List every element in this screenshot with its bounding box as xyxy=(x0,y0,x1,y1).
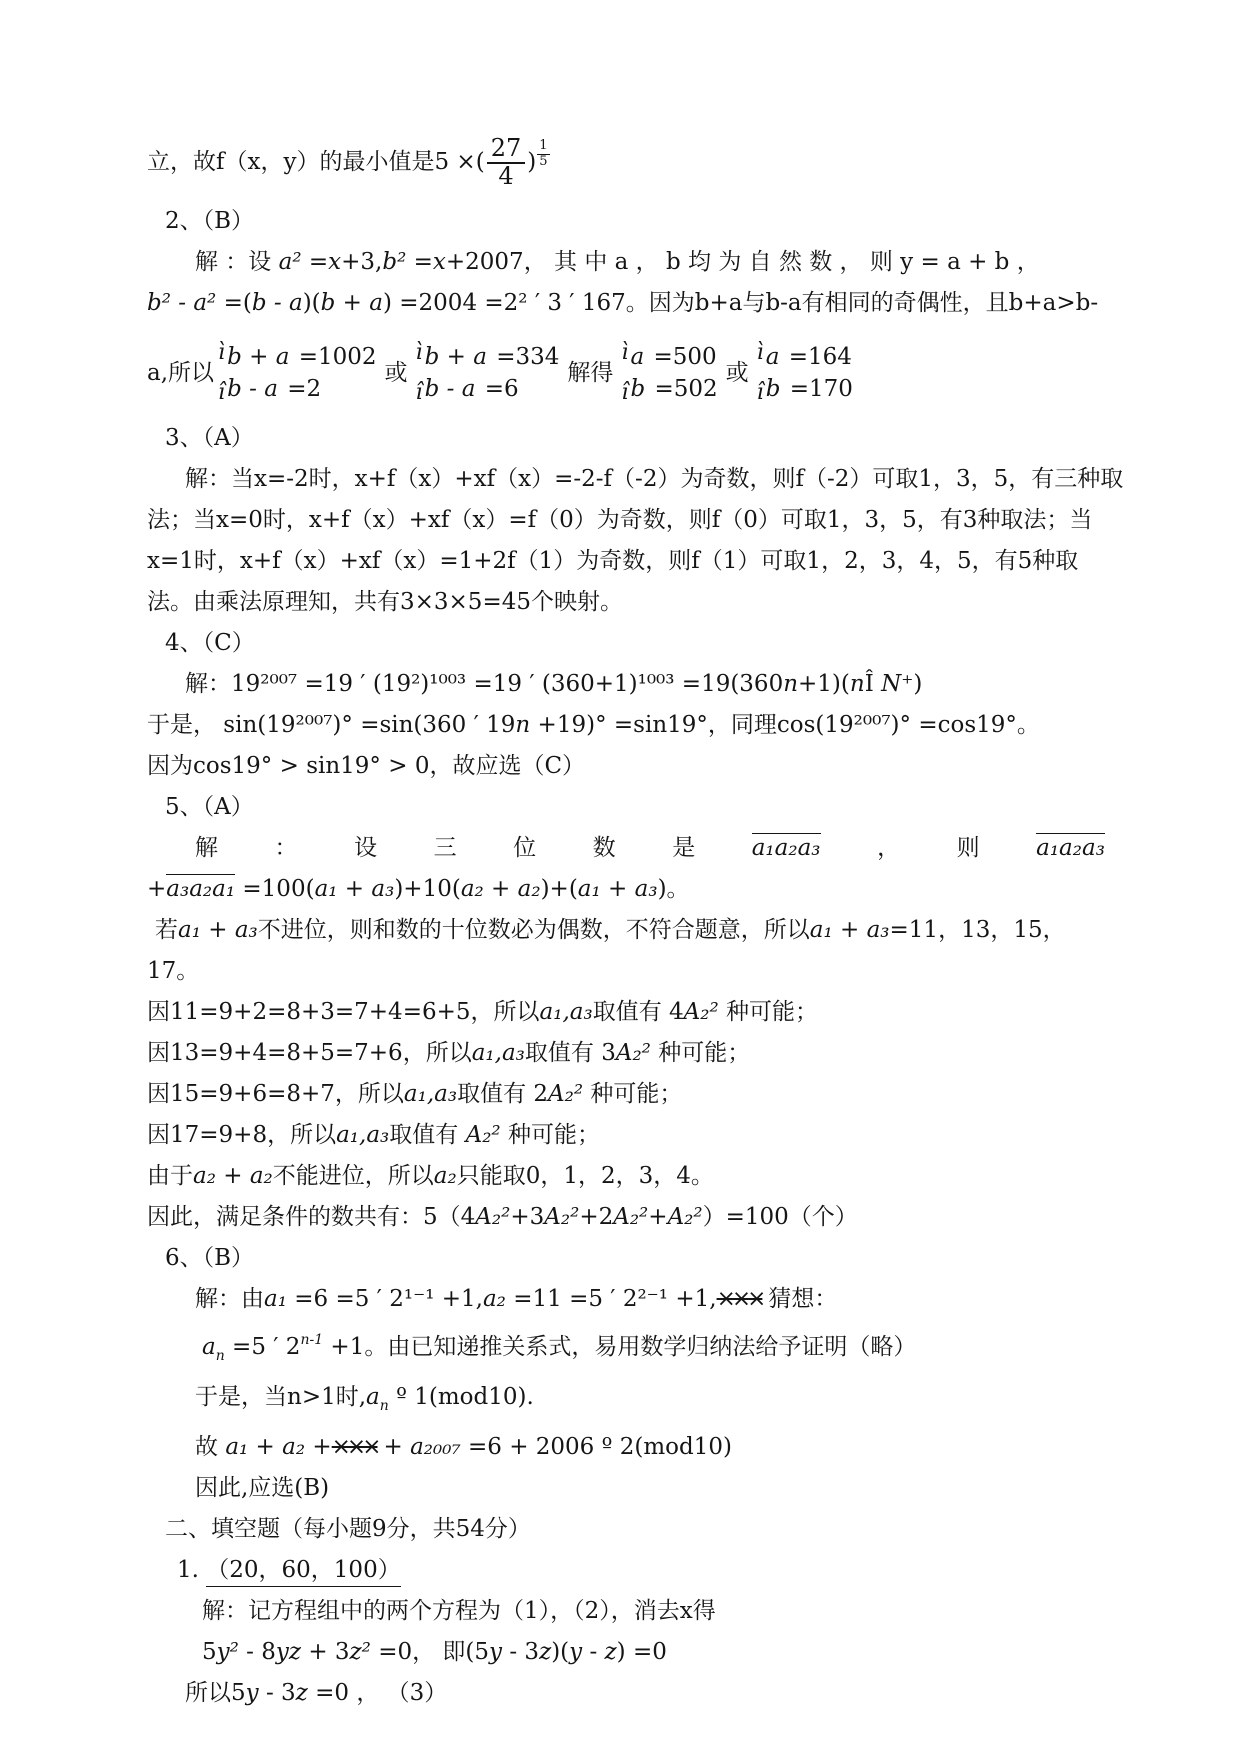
text-span: 5 ×( xyxy=(434,149,484,175)
section-2-heading: 二、填空题（每小题9分，共54分） xyxy=(147,1514,1105,1544)
text-span: x xyxy=(433,249,446,275)
system-row: b =170 xyxy=(766,376,853,402)
text-span: a₂₀₀₇ xyxy=(410,1434,461,1460)
brace-icon: ìî xyxy=(416,344,423,402)
text-span: A₂² xyxy=(616,1040,651,1066)
document-page: 立，故f（x，y）的最小值是5 ×(274)152、（B）解 ：设 a² =x+… xyxy=(0,0,1241,1754)
text-span: b² - a² xyxy=(147,290,216,316)
text-span: A₂² xyxy=(548,1081,583,1107)
equation-system: ìîa =500b =502 xyxy=(621,344,717,402)
text-span: n xyxy=(850,671,865,697)
text-span: 因此，满足条件的数共有：5（4 xyxy=(147,1204,475,1230)
text-span: n xyxy=(515,712,530,738)
text-span: ) =0 xyxy=(617,1639,667,1665)
text-span: 立，故f（x，y）的最小值是 xyxy=(147,149,434,175)
solution-3-line-3: x=1时，x+f（x）+xf（x）=1+2f（1）为奇数，则f（1）可取1，2，… xyxy=(147,546,1105,576)
text-span: y xyxy=(246,1680,259,1706)
answer-2: 2、（B） xyxy=(147,206,1105,236)
text-span: 取值有 2 xyxy=(457,1081,548,1107)
text-span: ) xyxy=(527,149,536,175)
solution-5-line-2: +a₃a₂a₁ =100(a₁ + a₃)+10(a₂ + a₂)+(a₁ + … xyxy=(147,874,1105,904)
solution-5-line-6: 因13=9+4=8+5=7+6，所以a₁,a₃取值有 3A₂² 种可能； xyxy=(147,1038,1105,1068)
text-span: = xyxy=(302,249,329,275)
text-span: ì xyxy=(757,344,764,362)
text-span: ××× xyxy=(717,1286,763,1312)
text-span: =500 xyxy=(653,344,716,370)
text-span: + xyxy=(147,876,166,902)
text-span: +2007 xyxy=(446,249,524,275)
text-span: +1)( xyxy=(798,671,850,697)
connector-text: 解得 xyxy=(567,358,613,388)
solution-2-line-2: b² - a² =(b - a)(b + a) =2004 =2² ′ 3 ′ … xyxy=(147,288,1105,318)
text-span: a₁,a₃ xyxy=(540,999,593,1025)
text-span: 种可能； xyxy=(651,1040,750,1066)
brace-icon: ìî xyxy=(218,344,225,402)
text-span: 取值有 4 xyxy=(593,999,684,1025)
text-span: 种可能； xyxy=(719,999,818,1025)
text-span: ì xyxy=(218,344,225,362)
answer-4: 4、（C） xyxy=(147,628,1105,658)
text-span: 5 xyxy=(202,1639,217,1665)
text-span: =170 xyxy=(790,376,853,402)
text-span: y xyxy=(489,1639,502,1665)
text-span: +1。由已知递推关系式，易用数学归纳法给予证明（略） xyxy=(323,1334,916,1360)
text-span: 种可能； xyxy=(501,1122,600,1148)
text-span: )( xyxy=(551,1639,569,1665)
system-rows: a =164b =170 xyxy=(766,344,853,402)
text-span: =6 =5 ′ 2¹⁻¹ +1, xyxy=(287,1286,483,1312)
text-span: =502 xyxy=(654,376,717,402)
text-span: a₁ + a₂ + xyxy=(225,1434,331,1460)
text-span: 不进位，则和数的十位数必为偶数，不符合题意，所以 xyxy=(258,917,810,943)
text-span: 解 ：设 xyxy=(195,249,279,275)
solution-3-line-1: 解：当x=-2时，x+f（x）+xf（x）=-2-f（-2）为奇数，则f（-2）… xyxy=(147,464,1105,494)
text-span: 因15=9+6=8+7，所以 xyxy=(147,1081,404,1107)
text-span: a,所以 xyxy=(147,358,214,388)
text-span: A₂² xyxy=(613,1204,648,1230)
text-span: =100( xyxy=(235,876,314,902)
text-span: ： xyxy=(275,833,298,863)
equation-system: ìîb + a =334b - a =6 xyxy=(416,344,560,402)
text-span: z xyxy=(296,1680,308,1706)
text-span: 不能进位，所以 xyxy=(273,1163,434,1189)
solution-6-line-5: 因此,应选(B) xyxy=(147,1473,1105,1503)
system-row: a =164 xyxy=(766,344,853,370)
text-span: 法；当x=0时，x+f（x）+xf（x）=f（0）为奇数，则f（0）可取1，3，… xyxy=(147,507,1092,533)
text-span: 2、（B） xyxy=(165,208,254,234)
text-span: A₂² xyxy=(684,999,719,1025)
text-span: =0 ， （3） xyxy=(308,1680,447,1706)
text-span: 三 xyxy=(434,833,457,863)
text-span: x xyxy=(328,249,341,275)
text-span: a xyxy=(630,344,651,370)
text-span: +2 xyxy=(579,1204,613,1230)
fraction-numerator: 27 xyxy=(487,136,526,164)
text-span: 由于 xyxy=(147,1163,193,1189)
text-span: b + a xyxy=(227,344,297,370)
text-span: 猜想： xyxy=(768,1286,837,1312)
text-span: =6 xyxy=(485,376,519,402)
text-span: =1002 xyxy=(299,344,377,370)
connector-text: 或 xyxy=(726,358,749,388)
fill-in-1-solution-1: 解：记方程组中的两个方程为（1），（2），消去x得 xyxy=(147,1596,1105,1626)
brace-icon: ìî xyxy=(621,344,628,402)
text-span: - 3 xyxy=(259,1680,296,1706)
solution-5-line-5: 因11=9+2=8+3=7+4=6+5，所以a₁,a₃取值有 4A₂² 种可能； xyxy=(147,997,1105,1027)
fraction-denominator: 5 xyxy=(537,155,549,170)
text-span: =( xyxy=(216,290,252,316)
text-span: +3, xyxy=(341,249,382,275)
text-span: a₂ xyxy=(434,1163,457,1189)
text-span: - xyxy=(582,1639,604,1665)
text-span: n xyxy=(783,671,798,697)
text-span: b - a xyxy=(227,376,285,402)
text-span: 取值有 3 xyxy=(525,1040,616,1066)
text-span: a₁ xyxy=(264,1286,287,1312)
system-row: b + a =1002 xyxy=(227,344,376,370)
text-span: 取值有 xyxy=(389,1122,465,1148)
text-span: a₂ xyxy=(483,1286,506,1312)
fraction: 15 xyxy=(537,139,549,170)
text-span: 17。 xyxy=(147,958,199,984)
text-span: A₂² xyxy=(475,1204,510,1230)
solution-3-line-2: 法；当x=0时，x+f（x）+xf（x）=f（0）为奇数，则f（0）可取1，3，… xyxy=(147,505,1105,535)
text-span: b + a xyxy=(321,290,383,316)
fraction-denominator: 4 xyxy=(496,164,515,190)
text-span: A₂² xyxy=(544,1204,579,1230)
text-span: ) =2004 =2² ′ 3 ′ 167。因为b+a与b-a有相同的奇偶性，且… xyxy=(383,290,1098,316)
text-span: 解：记方程组中的两个方程为（1），（2），消去x得 xyxy=(202,1598,716,1624)
system-row: b =502 xyxy=(630,376,717,402)
text-span: =2 xyxy=(287,376,321,402)
text-span: + 3 xyxy=(301,1639,350,1665)
text-span: 6、（B） xyxy=(165,1245,254,1271)
text-span: º 1(mod10). xyxy=(389,1384,534,1410)
text-span: 因13=9+4=8+5=7+6，所以 xyxy=(147,1040,472,1066)
text-span: =11 =5 ′ 2²⁻¹ +1, xyxy=(506,1286,717,1312)
text-span: - 3 xyxy=(502,1639,539,1665)
text-span: y² xyxy=(217,1639,239,1665)
text-span: z xyxy=(539,1639,551,1665)
text-span: 19²⁰⁰⁷ =19 ′ (19²)¹⁰⁰³ =19 ′ (360+1)¹⁰⁰³… xyxy=(231,671,783,697)
system-row: b - a =2 xyxy=(227,376,376,402)
solution-3-line-4: 法。由乘法原理知，共有3×3×5=45个映射。 xyxy=(147,587,1105,617)
text-span: + xyxy=(383,1434,410,1460)
text-span: a₃a₂a₁ xyxy=(166,874,235,902)
text-span: b + a xyxy=(425,344,495,370)
text-span: 所以5 xyxy=(185,1680,246,1706)
text-span: 数 xyxy=(593,833,616,863)
text-span: =0， 即(5 xyxy=(371,1639,489,1665)
text-span: î xyxy=(218,384,225,402)
text-span: a₁a₂a₃ xyxy=(1036,833,1105,861)
text-span: ）=100（个） xyxy=(703,1204,858,1230)
text-span: î xyxy=(621,384,628,402)
text-span: n xyxy=(216,1348,225,1364)
text-span: 于是， sin(19²⁰⁰⁷)° =sin(360 ′ 19 xyxy=(147,712,515,738)
text-span: yz xyxy=(276,1639,301,1665)
text-span: 1. xyxy=(177,1557,206,1583)
solution-5-line-1: 解：设三位数是a₁a₂a₃，则a₁a₂a₃ xyxy=(147,833,1105,863)
text-span: 则 xyxy=(957,833,980,863)
text-span: a₁ + a₃ xyxy=(315,876,395,902)
text-span: N xyxy=(881,671,901,697)
text-span: 位 xyxy=(513,833,536,863)
text-span: + xyxy=(648,1204,667,1230)
text-span: 3、（A） xyxy=(165,425,254,451)
text-span: 法。由乘法原理知，共有3×3×5=45个映射。 xyxy=(147,589,623,615)
text-span: )( xyxy=(303,290,321,316)
solution-4-line-2: 于是， sin(19²⁰⁰⁷)° =sin(360 ′ 19n +19)° =s… xyxy=(147,710,1105,740)
text-span: 解：当x=-2时，x+f（x）+xf（x）=-2-f（-2）为奇数，则f（-2）… xyxy=(185,466,1123,492)
text-span: b xyxy=(766,376,788,402)
text-span: y xyxy=(569,1639,582,1665)
solution-2-systems: a,所以ìîb + a =1002b - a =2或ìîb + a =334b … xyxy=(147,329,1105,417)
text-span: a₂ + a₂ xyxy=(461,876,541,902)
text-span: n-1 xyxy=(300,1332,323,1348)
text-span: a₁,a₃ xyxy=(472,1040,525,1066)
text-span: 4、（C） xyxy=(165,630,255,656)
fill-in-1-solution-2: 5y² - 8yz + 3z² =0， 即(5y - 3z)(y - z) =0 xyxy=(147,1637,1105,1667)
solution-6-line-4: 故 a₁ + a₂ +×××+ a₂₀₀₇ =6 + 2006 º 2(mod1… xyxy=(147,1432,1105,1462)
text-span: b - a xyxy=(252,290,303,316)
text-span: （20，60，100） xyxy=(206,1557,400,1587)
fraction-numerator: 1 xyxy=(537,139,549,155)
text-span: z² xyxy=(350,1639,371,1665)
text-span: +3 xyxy=(510,1204,544,1230)
text-span: a xyxy=(202,1334,216,1360)
text-span: = xyxy=(406,249,433,275)
text-span: n xyxy=(380,1398,389,1414)
solution-4-line-1: 解：19²⁰⁰⁷ =19 ′ (19²)¹⁰⁰³ =19 ′ (360+1)¹⁰… xyxy=(147,669,1105,699)
solution-5-line-10: 因此，满足条件的数共有：5（4A₂²+3A₂²+2A₂²+A₂²）=100（个） xyxy=(147,1202,1105,1232)
text-span: b² xyxy=(382,249,406,275)
system-row: a =500 xyxy=(630,344,717,370)
solution-2-line-1: 解 ：设 a² =x+3,b² =x+2007， 其 中 a ， b 均 为 自… xyxy=(147,247,1105,277)
text-span: a₁ + a₃ xyxy=(578,876,658,902)
text-span: b - a xyxy=(425,376,483,402)
text-span: =5 ′ 2 xyxy=(225,1334,301,1360)
text-span: +19)° =sin19°，同理cos(19²⁰⁰⁷)° =cos19°。 xyxy=(530,712,1040,738)
solution-4-line-3: 因为cos19° > sin19° > 0，故应选（C） xyxy=(147,751,1105,781)
system-rows: b + a =334b - a =6 xyxy=(425,344,560,402)
text-span: 因11=9+2=8+3=7+4=6+5，所以 xyxy=(147,999,540,1025)
equation-system: ìîb + a =1002b - a =2 xyxy=(218,344,377,402)
equation-system: ìîa =164b =170 xyxy=(757,344,853,402)
solution-6-line-2: an =5 ′ 2n-1 +1。由已知递推关系式，易用数学归纳法给予证明（略） xyxy=(147,1325,1105,1371)
text-span: 解：由 xyxy=(195,1286,264,1312)
text-span: 若 xyxy=(155,917,178,943)
text-span: ， 其 中 a ， b 均 为 自 然 数 ， 则 y = a + b ， xyxy=(524,249,1040,275)
text-span: =6 + 2006 º 2(mod10) xyxy=(461,1434,732,1460)
text-span: 设 xyxy=(354,833,377,863)
brace-icon: ìî xyxy=(757,344,764,402)
text-span: a₁ + a₃ xyxy=(810,917,890,943)
text-span: a₂ + a₂ xyxy=(193,1163,273,1189)
system-rows: b + a =1002b - a =2 xyxy=(227,344,376,402)
text-span: 只能取0，1，2，3，4。 xyxy=(457,1163,714,1189)
text-span: - 8 xyxy=(239,1639,276,1665)
connector-text: 或 xyxy=(385,358,408,388)
system-row: b + a =334 xyxy=(425,344,560,370)
text-span: î xyxy=(416,384,423,402)
text-span: =11，13，15， xyxy=(890,917,1066,943)
text-span: 故 xyxy=(195,1434,225,1460)
text-span: a₁a₂a₃ xyxy=(752,833,821,861)
answer-6: 6、（B） xyxy=(147,1243,1105,1273)
solution-5-line-4: 17。 xyxy=(147,956,1105,986)
text-span: a₁,a₃ xyxy=(404,1081,457,1107)
text-span: 因17=9+8，所以 xyxy=(147,1122,336,1148)
text-span: )+( xyxy=(541,876,578,902)
answer-3: 3、（A） xyxy=(147,423,1105,453)
solution-6-line-3: 于是，当n>1时,an º 1(mod10). xyxy=(147,1382,1105,1421)
text-span: a xyxy=(766,344,787,370)
text-span: ， xyxy=(877,833,900,863)
text-span: z xyxy=(605,1639,617,1665)
text-span: 因为cos19° > sin19° > 0，故应选（C） xyxy=(147,753,585,779)
text-span: 解 xyxy=(195,833,218,863)
text-span: ⁺) xyxy=(901,671,922,697)
solution-1-min-value: 立，故f（x，y）的最小值是5 ×(274)15 xyxy=(147,136,1105,190)
text-span: Î xyxy=(865,671,881,697)
text-span: 于是，当n>1时, xyxy=(195,1384,366,1410)
text-span: =164 xyxy=(789,344,852,370)
document-body: 立，故f（x，y）的最小值是5 ×(274)152、（B）解 ：设 a² =x+… xyxy=(147,136,1105,1719)
text-span: ì xyxy=(416,344,423,362)
solution-5-line-8: 因17=9+8，所以a₁,a₃取值有 A₂² 种可能； xyxy=(147,1120,1105,1150)
system-row: b - a =6 xyxy=(425,376,560,402)
text-span: ì xyxy=(621,344,628,362)
solution-5-line-3: 若a₁ + a₃不进位，则和数的十位数必为偶数，不符合题意，所以a₁ + a₃=… xyxy=(147,915,1105,945)
solution-5-line-7: 因15=9+6=8+7，所以a₁,a₃取值有 2A₂² 种可能； xyxy=(147,1079,1105,1109)
text-span: a₁ + a₃ xyxy=(178,917,258,943)
text-span: ××× xyxy=(332,1434,378,1460)
text-span: )。 xyxy=(658,876,690,902)
answer-5: 5、（A） xyxy=(147,792,1105,822)
fill-in-1-answer: 1. （20，60，100） xyxy=(147,1555,1105,1585)
text-span: b xyxy=(630,376,652,402)
text-span: 二、填空题（每小题9分，共54分） xyxy=(165,1516,531,1542)
solution-6-line-1: 解：由a₁ =6 =5 ′ 2¹⁻¹ +1,a₂ =11 =5 ′ 2²⁻¹ +… xyxy=(147,1284,1105,1314)
text-span: a² xyxy=(279,249,302,275)
text-span: A₂² xyxy=(466,1122,501,1148)
fill-in-1-solution-3: 所以5y - 3z =0 ， （3） xyxy=(147,1678,1105,1708)
text-span: =334 xyxy=(496,344,559,370)
text-span: 解： xyxy=(185,671,231,697)
solution-5-line-9: 由于a₂ + a₂不能进位，所以a₂只能取0，1，2，3，4。 xyxy=(147,1161,1105,1191)
text-span: A₂² xyxy=(668,1204,703,1230)
fraction: 274 xyxy=(487,136,526,190)
text-span: 因此,应选(B) xyxy=(195,1475,329,1501)
text-span: 5、（A） xyxy=(165,794,254,820)
text-span: x=1时，x+f（x）+xf（x）=1+2f（1）为奇数，则f（1）可取1，2，… xyxy=(147,548,1078,574)
text-span: 是 xyxy=(672,833,695,863)
text-span: a₁,a₃ xyxy=(336,1122,389,1148)
text-span: î xyxy=(757,384,764,402)
system-rows: a =500b =502 xyxy=(630,344,717,402)
text-span: )+10( xyxy=(394,876,460,902)
text-span: 种可能； xyxy=(583,1081,682,1107)
text-span: a xyxy=(366,1384,380,1410)
